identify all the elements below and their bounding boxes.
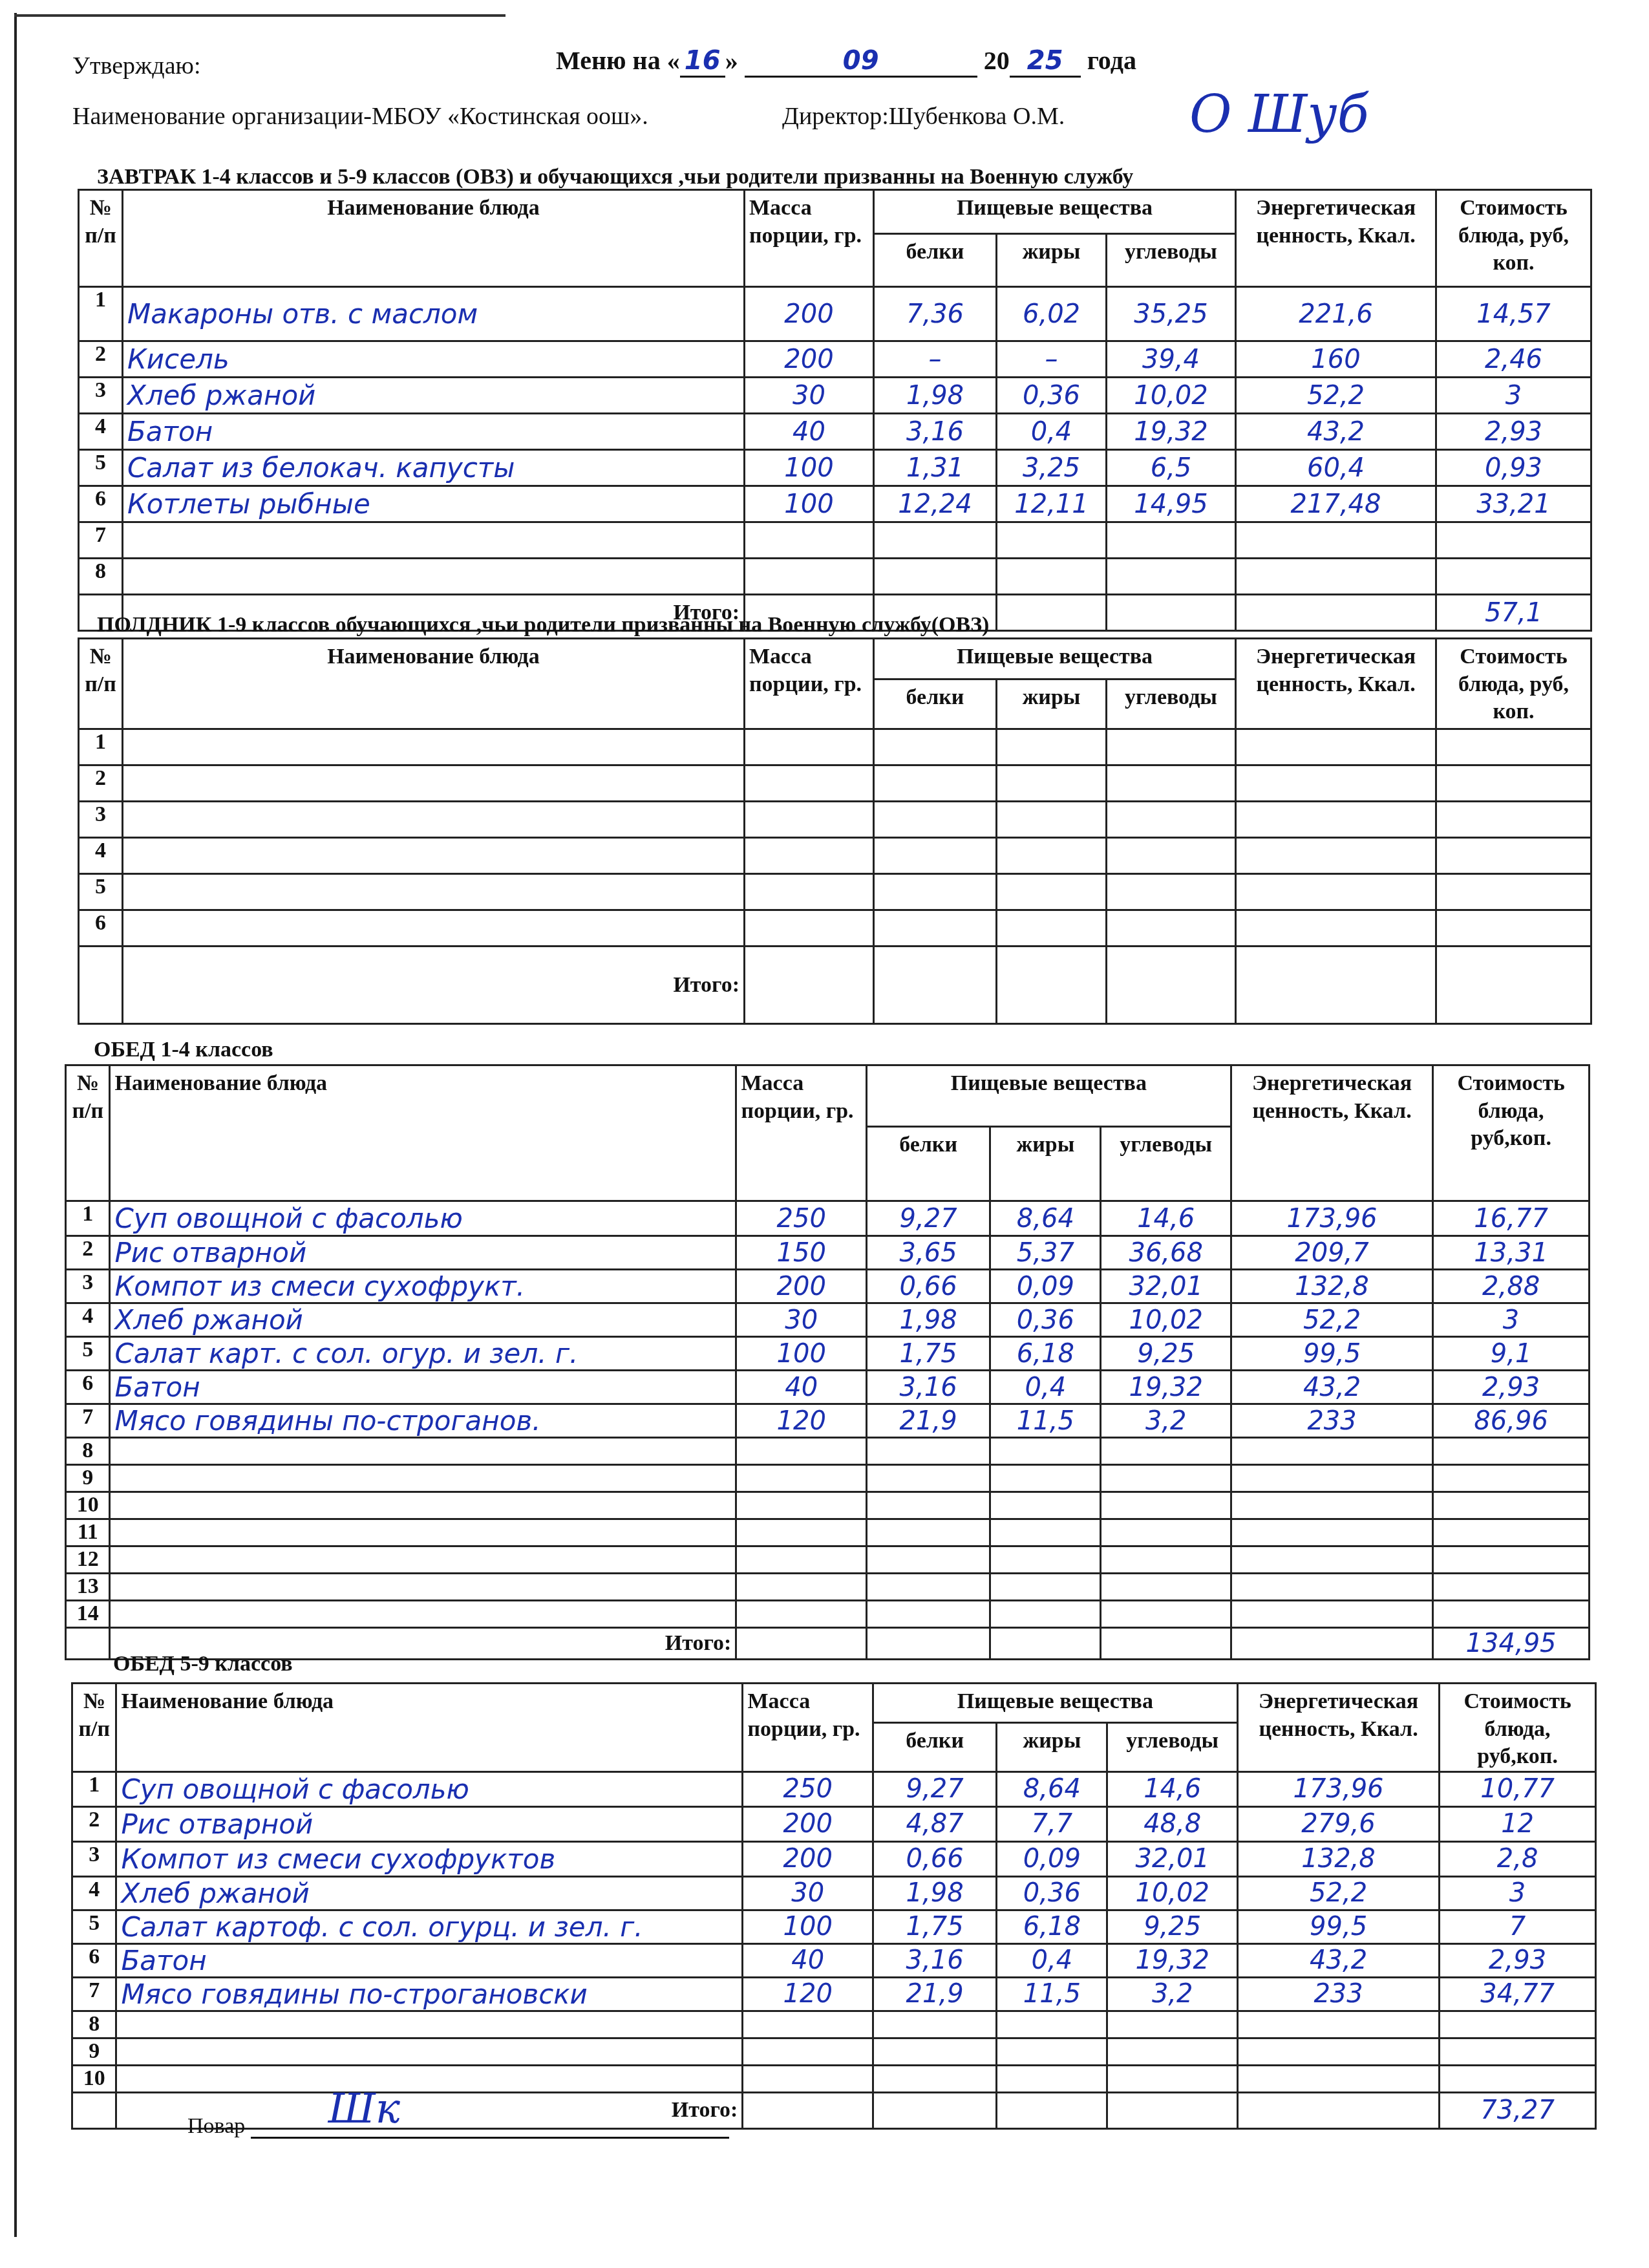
table-row: 2 <box>79 765 1591 802</box>
dish-carbs: 14,95 <box>1107 486 1236 522</box>
total-cost: 73,27 <box>1440 2092 1596 2128</box>
table-row: 4 Хлеб ржаной301,980,3610,0252,23 <box>72 1876 1596 1910</box>
dish-carbs: 10,02 <box>1101 1303 1231 1337</box>
lunch-1-4-table: № п/п Наименование блюда Масса порции, г… <box>65 1064 1590 1660</box>
table-row: 14 <box>66 1601 1590 1628</box>
dish-fat: 12,11 <box>997 486 1107 522</box>
section-title-lunch-1-4: ОБЕД 1-4 классов <box>94 1038 273 1062</box>
dish-energy <box>1231 1492 1432 1519</box>
dish-carbs <box>1107 802 1236 838</box>
dish-mass <box>743 2065 873 2092</box>
dish-energy: 173,96 <box>1237 1771 1439 1806</box>
dish-name: Рис отварной <box>110 1236 736 1270</box>
col-header-mass: Масса порции, гр. <box>743 1684 873 1772</box>
table-row: 9 <box>66 1465 1590 1492</box>
col-header-energy: Энергетическая ценность, Ккал. <box>1236 190 1436 287</box>
page-edge <box>14 13 17 2237</box>
dish-name <box>116 2011 743 2038</box>
dish-mass <box>745 765 874 802</box>
dish-mass <box>745 559 874 595</box>
dish-protein <box>874 522 997 559</box>
dish-carbs: 48,8 <box>1107 1806 1237 1841</box>
snack-table: № п/п Наименование блюда Масса порции, г… <box>78 637 1592 1025</box>
row-number: 8 <box>72 2011 116 2038</box>
cook-signature-line: Повар Шк <box>187 2111 729 2139</box>
dish-mass <box>736 1546 866 1574</box>
dish-energy <box>1236 838 1436 874</box>
menu-day: 16 <box>680 46 725 78</box>
dish-name <box>123 874 745 910</box>
row-number: 4 <box>79 838 123 874</box>
dish-fat: 0,36 <box>990 1303 1101 1337</box>
dish-carbs <box>1107 910 1236 947</box>
dish-name: Компот из смеси сухофрукт. <box>110 1270 736 1303</box>
dish-cost: 2,88 <box>1433 1270 1590 1303</box>
total-row: Итого: 134,95 <box>66 1628 1590 1660</box>
dish-fat <box>997 2038 1107 2065</box>
table-row: 4 Батон403,160,419,3243,22,93 <box>79 414 1591 450</box>
dish-mass <box>736 1492 866 1519</box>
dish-protein: 3,16 <box>873 1943 996 1977</box>
dish-name <box>123 765 745 802</box>
dish-mass: 100 <box>736 1337 866 1371</box>
dish-energy <box>1237 2011 1439 2038</box>
approve-label: Утверждаю: <box>72 52 201 80</box>
breakfast-table: № п/п Наименование блюда Масса порции, г… <box>78 189 1592 632</box>
table-row: 12 <box>66 1546 1590 1574</box>
dish-carbs <box>1101 1492 1231 1519</box>
col-header-energy: Энергетическая ценность, Ккал. <box>1236 639 1436 729</box>
dish-mass <box>745 910 874 947</box>
dish-carbs <box>1101 1465 1231 1492</box>
dish-name <box>123 910 745 947</box>
col-header-protein: белки <box>873 1723 996 1771</box>
dish-protein <box>874 838 997 874</box>
dish-protein <box>874 874 997 910</box>
dish-energy <box>1237 2038 1439 2065</box>
dish-fat <box>997 559 1107 595</box>
dish-mass: 100 <box>745 450 874 486</box>
dish-cost: 0,93 <box>1436 450 1591 486</box>
dish-name: Хлеб ржаной <box>110 1303 736 1337</box>
dish-carbs <box>1101 1519 1231 1546</box>
total-cost: 134,95 <box>1433 1628 1590 1660</box>
dish-name <box>110 1574 736 1601</box>
dish-carbs: 19,32 <box>1101 1371 1231 1404</box>
row-number: 7 <box>79 522 123 559</box>
table-row: 2 Рис отварной1503,655,3736,68209,713,31 <box>66 1236 1590 1270</box>
dish-fat <box>990 1492 1101 1519</box>
col-header-energy: Энергетическая ценность, Ккал. <box>1237 1684 1439 1772</box>
dish-name: Рис отварной <box>116 1806 743 1841</box>
dish-energy: 43,2 <box>1231 1371 1432 1404</box>
dish-protein <box>866 1546 990 1574</box>
col-header-mass: Масса порции, гр. <box>736 1065 866 1201</box>
dish-cost: 2,46 <box>1436 341 1591 378</box>
dish-cost <box>1433 1492 1590 1519</box>
dish-cost <box>1436 874 1591 910</box>
dish-cost <box>1440 2065 1596 2092</box>
dish-mass: 120 <box>743 1977 873 2011</box>
dish-fat: 11,5 <box>990 1404 1101 1438</box>
dish-energy <box>1236 874 1436 910</box>
dish-energy <box>1231 1601 1432 1628</box>
dish-carbs <box>1101 1546 1231 1574</box>
col-header-protein: белки <box>874 233 997 287</box>
dish-mass: 150 <box>736 1236 866 1270</box>
dish-carbs <box>1107 874 1236 910</box>
table-row: 7 Мясо говядины по-строгановски12021,911… <box>72 1977 1596 2011</box>
dish-energy: 209,7 <box>1231 1236 1432 1270</box>
table-row: 4 Хлеб ржаной301,980,3610,0252,23 <box>66 1303 1590 1337</box>
dish-carbs: 3,2 <box>1101 1404 1231 1438</box>
row-number: 4 <box>72 1876 116 1910</box>
page-top-edge <box>14 14 505 17</box>
dish-energy: 52,2 <box>1236 378 1436 414</box>
row-number: 13 <box>66 1574 110 1601</box>
dish-mass: 200 <box>745 287 874 341</box>
row-number: 2 <box>66 1236 110 1270</box>
dish-fat <box>997 910 1107 947</box>
col-header-cost: Стоимость блюда, руб,коп. <box>1433 1065 1590 1201</box>
dish-fat <box>990 1465 1101 1492</box>
dish-carbs <box>1107 729 1236 765</box>
dish-name <box>110 1546 736 1574</box>
dish-protein: 1,75 <box>866 1337 990 1371</box>
dish-carbs <box>1107 522 1236 559</box>
table-row: 9 <box>72 2038 1596 2065</box>
col-header-cost: Стоимость блюда, руб,коп. <box>1440 1684 1596 1772</box>
dish-name <box>116 2038 743 2065</box>
dish-protein: 3,16 <box>866 1371 990 1404</box>
table-row: 1 Макароны отв. с маслом2007,366,0235,25… <box>79 287 1591 341</box>
dish-carbs: 14,6 <box>1107 1771 1237 1806</box>
table-row: 3 Хлеб ржаной301,980,3610,0252,23 <box>79 378 1591 414</box>
table-row: 8 <box>66 1438 1590 1465</box>
dish-carbs <box>1101 1601 1231 1628</box>
dish-mass <box>745 729 874 765</box>
dish-fat <box>990 1519 1101 1546</box>
dish-carbs: 35,25 <box>1107 287 1236 341</box>
total-row: Итого: <box>79 947 1591 1024</box>
table-row: 8 <box>79 559 1591 595</box>
dish-name <box>110 1601 736 1628</box>
row-number: 10 <box>66 1492 110 1519</box>
dish-carbs: 9,25 <box>1101 1337 1231 1371</box>
dish-name <box>110 1438 736 1465</box>
dish-mass: 30 <box>745 378 874 414</box>
dish-mass: 30 <box>743 1876 873 1910</box>
table-row: 5 Салат карт. с сол. огур. и зел. г.1001… <box>66 1337 1590 1371</box>
menu-month: 09 <box>745 46 977 78</box>
table-row: 6 Котлеты рыбные10012,2412,1114,95217,48… <box>79 486 1591 522</box>
dish-name <box>110 1519 736 1546</box>
dish-fat: 8,64 <box>997 1771 1107 1806</box>
row-number: 14 <box>66 1601 110 1628</box>
dish-protein: 1,31 <box>874 450 997 486</box>
col-header-carbs: углеводы <box>1107 679 1236 729</box>
row-number: 5 <box>72 1910 116 1943</box>
dish-name <box>123 522 745 559</box>
col-header-nutrients: Пищевые вещества <box>866 1065 1231 1127</box>
dish-name: Мясо говядины по-строганов. <box>110 1404 736 1438</box>
dish-protein: 1,98 <box>874 378 997 414</box>
dish-protein <box>866 1601 990 1628</box>
col-header-energy: Энергетическая ценность, Ккал. <box>1231 1065 1432 1201</box>
dish-protein: – <box>874 341 997 378</box>
row-number: 3 <box>72 1841 116 1876</box>
dish-fat: 7,7 <box>997 1806 1107 1841</box>
dish-energy: 279,6 <box>1237 1806 1439 1841</box>
dish-energy: 233 <box>1231 1404 1432 1438</box>
dish-mass: 40 <box>743 1943 873 1977</box>
col-header-fat: жиры <box>997 679 1107 729</box>
dish-mass <box>736 1574 866 1601</box>
dish-fat: 0,4 <box>997 1943 1107 1977</box>
dish-protein <box>874 765 997 802</box>
dish-energy <box>1231 1438 1432 1465</box>
dish-carbs <box>1107 2065 1237 2092</box>
dish-fat: – <box>997 341 1107 378</box>
dish-name: Мясо говядины по-строгановски <box>116 1977 743 2011</box>
col-header-cost: Стоимость блюда, руб, коп. <box>1436 190 1591 287</box>
dish-cost <box>1433 1438 1590 1465</box>
table-row: 5 Салат из белокач. капусты1001,313,256,… <box>79 450 1591 486</box>
dish-carbs: 9,25 <box>1107 1910 1237 1943</box>
col-header-mass: Масса порции, гр. <box>745 190 874 287</box>
dish-protein: 9,27 <box>873 1771 996 1806</box>
dish-name: Салат картоф. с сол. огурц. и зел. г. <box>116 1910 743 1943</box>
organization-name: Наименование организации-МБОУ «Костинска… <box>72 102 648 131</box>
dish-cost: 86,96 <box>1433 1404 1590 1438</box>
dish-cost: 2,8 <box>1440 1841 1596 1876</box>
table-row: 6 Батон403,160,419,3243,22,93 <box>72 1943 1596 1977</box>
table-row: 3 Компот из смеси сухофрукт.2000,660,093… <box>66 1270 1590 1303</box>
table-row: 7 <box>79 522 1591 559</box>
dish-fat <box>997 838 1107 874</box>
dish-carbs <box>1107 2011 1237 2038</box>
dish-protein <box>866 1574 990 1601</box>
dish-energy: 217,48 <box>1236 486 1436 522</box>
row-number: 8 <box>79 559 123 595</box>
dish-mass <box>743 2038 873 2065</box>
dish-mass: 200 <box>736 1270 866 1303</box>
dish-mass <box>736 1465 866 1492</box>
dish-carbs: 39,4 <box>1107 341 1236 378</box>
dish-name: Кисель <box>123 341 745 378</box>
dish-carbs: 10,02 <box>1107 1876 1237 1910</box>
table-row: 6 <box>79 910 1591 947</box>
col-header-number: № п/п <box>79 190 123 287</box>
col-header-nutrients: Пищевые вещества <box>874 190 1236 234</box>
section-title-snack: ПОЛДНИК 1-9 классов обучающихся ,чьи род… <box>97 613 989 637</box>
dish-mass: 40 <box>745 414 874 450</box>
cook-label: Повар <box>187 2114 245 2138</box>
dish-carbs: 14,6 <box>1101 1201 1231 1236</box>
dish-protein: 3,65 <box>866 1236 990 1270</box>
dish-energy: 173,96 <box>1231 1201 1432 1236</box>
table-row: 1 Суп овощной с фасолью2509,278,6414,617… <box>72 1771 1596 1806</box>
dish-name: Салат карт. с сол. огур. и зел. г. <box>110 1337 736 1371</box>
dish-energy <box>1236 522 1436 559</box>
dish-carbs: 32,01 <box>1101 1270 1231 1303</box>
dish-mass: 100 <box>745 486 874 522</box>
dish-carbs <box>1107 2038 1237 2065</box>
dish-fat: 6,18 <box>997 1910 1107 1943</box>
row-number: 8 <box>66 1438 110 1465</box>
col-header-name: Наименование блюда <box>123 639 745 729</box>
dish-fat: 0,09 <box>990 1270 1101 1303</box>
dish-cost: 14,57 <box>1436 287 1591 341</box>
dish-fat: 3,25 <box>997 450 1107 486</box>
col-header-mass: Масса порции, гр. <box>745 639 874 729</box>
dish-mass <box>745 838 874 874</box>
dish-name: Котлеты рыбные <box>123 486 745 522</box>
dish-energy: 132,8 <box>1237 1841 1439 1876</box>
dish-fat <box>997 729 1107 765</box>
dish-mass <box>745 522 874 559</box>
dish-energy <box>1231 1519 1432 1546</box>
col-header-carbs: углеводы <box>1107 233 1236 287</box>
dish-cost <box>1433 1519 1590 1546</box>
dish-protein: 1,98 <box>873 1876 996 1910</box>
cook-signature-field: Шк <box>251 2111 729 2139</box>
dish-protein: 4,87 <box>873 1806 996 1841</box>
dish-cost <box>1436 765 1591 802</box>
dish-cost: 12 <box>1440 1806 1596 1841</box>
dish-fat <box>997 2065 1107 2092</box>
dish-protein: 0,66 <box>873 1841 996 1876</box>
dish-energy: 43,2 <box>1236 414 1436 450</box>
dish-protein <box>874 559 997 595</box>
dish-cost <box>1436 838 1591 874</box>
dish-cost: 3 <box>1433 1303 1590 1337</box>
dish-name: Батон <box>110 1371 736 1404</box>
table-row: 2 Рис отварной2004,877,748,8279,612 <box>72 1806 1596 1841</box>
dish-fat: 11,5 <box>997 1977 1107 2011</box>
row-number: 1 <box>79 287 123 341</box>
dish-name: Суп овощной с фасолью <box>110 1201 736 1236</box>
total-cost: 57,1 <box>1436 595 1591 631</box>
col-header-number: № п/п <box>79 639 123 729</box>
dish-fat <box>997 2011 1107 2038</box>
dish-mass: 30 <box>736 1303 866 1337</box>
dish-cost: 2,93 <box>1433 1371 1590 1404</box>
row-number: 2 <box>79 765 123 802</box>
dish-cost <box>1433 1574 1590 1601</box>
section-title-breakfast: ЗАВТРАК 1-4 классов и 5-9 классов (ОВЗ) … <box>97 165 1133 189</box>
dish-cost <box>1440 2011 1596 2038</box>
dish-fat: 8,64 <box>990 1201 1101 1236</box>
dish-name: Батон <box>123 414 745 450</box>
row-number: 9 <box>72 2038 116 2065</box>
dish-mass <box>743 2011 873 2038</box>
dish-mass: 200 <box>743 1806 873 1841</box>
dish-protein <box>866 1438 990 1465</box>
dish-fat <box>997 522 1107 559</box>
table-row: 6 Батон403,160,419,3243,22,93 <box>66 1371 1590 1404</box>
dish-name: Суп овощной с фасолью <box>116 1771 743 1806</box>
director-signature: О Шуб <box>1189 84 1369 144</box>
dish-cost: 10,77 <box>1440 1771 1596 1806</box>
dish-cost: 13,31 <box>1433 1236 1590 1270</box>
dish-protein <box>874 802 997 838</box>
col-header-number: № п/п <box>72 1684 116 1772</box>
dish-protein <box>866 1492 990 1519</box>
dish-name <box>123 802 745 838</box>
dish-energy <box>1231 1465 1432 1492</box>
dish-protein: 7,36 <box>874 287 997 341</box>
dish-fat <box>997 874 1107 910</box>
table-row: 5 <box>79 874 1591 910</box>
dish-cost: 9,1 <box>1433 1337 1590 1371</box>
dish-carbs <box>1101 1574 1231 1601</box>
dish-name <box>110 1465 736 1492</box>
dish-mass: 100 <box>743 1910 873 1943</box>
dish-protein: 1,98 <box>866 1303 990 1337</box>
dish-energy: 43,2 <box>1237 1943 1439 1977</box>
table-row: 5 Салат картоф. с сол. огурц. и зел. г.1… <box>72 1910 1596 1943</box>
dish-cost: 34,77 <box>1440 1977 1596 2011</box>
col-header-name: Наименование блюда <box>116 1684 743 1772</box>
dish-name <box>110 1492 736 1519</box>
dish-energy <box>1236 729 1436 765</box>
row-number: 5 <box>66 1337 110 1371</box>
col-header-fat: жиры <box>997 233 1107 287</box>
dish-protein: 1,75 <box>873 1910 996 1943</box>
total-cost <box>1436 947 1591 1024</box>
dish-mass <box>745 874 874 910</box>
dish-carbs <box>1107 559 1236 595</box>
row-number: 9 <box>66 1465 110 1492</box>
row-number: 7 <box>66 1404 110 1438</box>
dish-fat: 0,4 <box>990 1371 1101 1404</box>
dish-name: Хлеб ржаной <box>116 1876 743 1910</box>
row-number: 6 <box>72 1943 116 1977</box>
dish-energy: 132,8 <box>1231 1270 1432 1303</box>
cook-signature: Шк <box>328 2085 400 2133</box>
row-number: 1 <box>72 1771 116 1806</box>
dish-protein <box>873 2038 996 2065</box>
director-name: Директор:Шубенкова О.М. <box>782 102 1065 131</box>
dish-cost <box>1436 522 1591 559</box>
dish-fat <box>997 802 1107 838</box>
col-header-name: Наименование блюда <box>123 190 745 287</box>
col-header-number: № п/п <box>66 1065 110 1201</box>
row-number: 7 <box>72 1977 116 2011</box>
dish-protein: 21,9 <box>873 1977 996 2011</box>
table-row: 1 <box>79 729 1591 765</box>
year-label: года <box>1087 46 1136 75</box>
table-row: 2 Кисель200––39,41602,46 <box>79 341 1591 378</box>
table-row: 1 Суп овощной с фасолью2509,278,6414,617… <box>66 1201 1590 1236</box>
table-row: 13 <box>66 1574 1590 1601</box>
dish-cost <box>1433 1546 1590 1574</box>
dish-energy <box>1236 559 1436 595</box>
col-header-protein: белки <box>866 1126 990 1201</box>
dish-cost <box>1433 1601 1590 1628</box>
dish-fat: 0,36 <box>997 378 1107 414</box>
col-header-name: Наименование блюда <box>110 1065 736 1201</box>
dish-name: Хлеб ржаной <box>123 378 745 414</box>
dish-carbs: 36,68 <box>1101 1236 1231 1270</box>
dish-name: Компот из смеси сухофруктов <box>116 1841 743 1876</box>
dish-cost: 2,93 <box>1436 414 1591 450</box>
dish-mass <box>736 1601 866 1628</box>
dish-cost <box>1433 1465 1590 1492</box>
dish-name <box>123 729 745 765</box>
row-number: 5 <box>79 874 123 910</box>
